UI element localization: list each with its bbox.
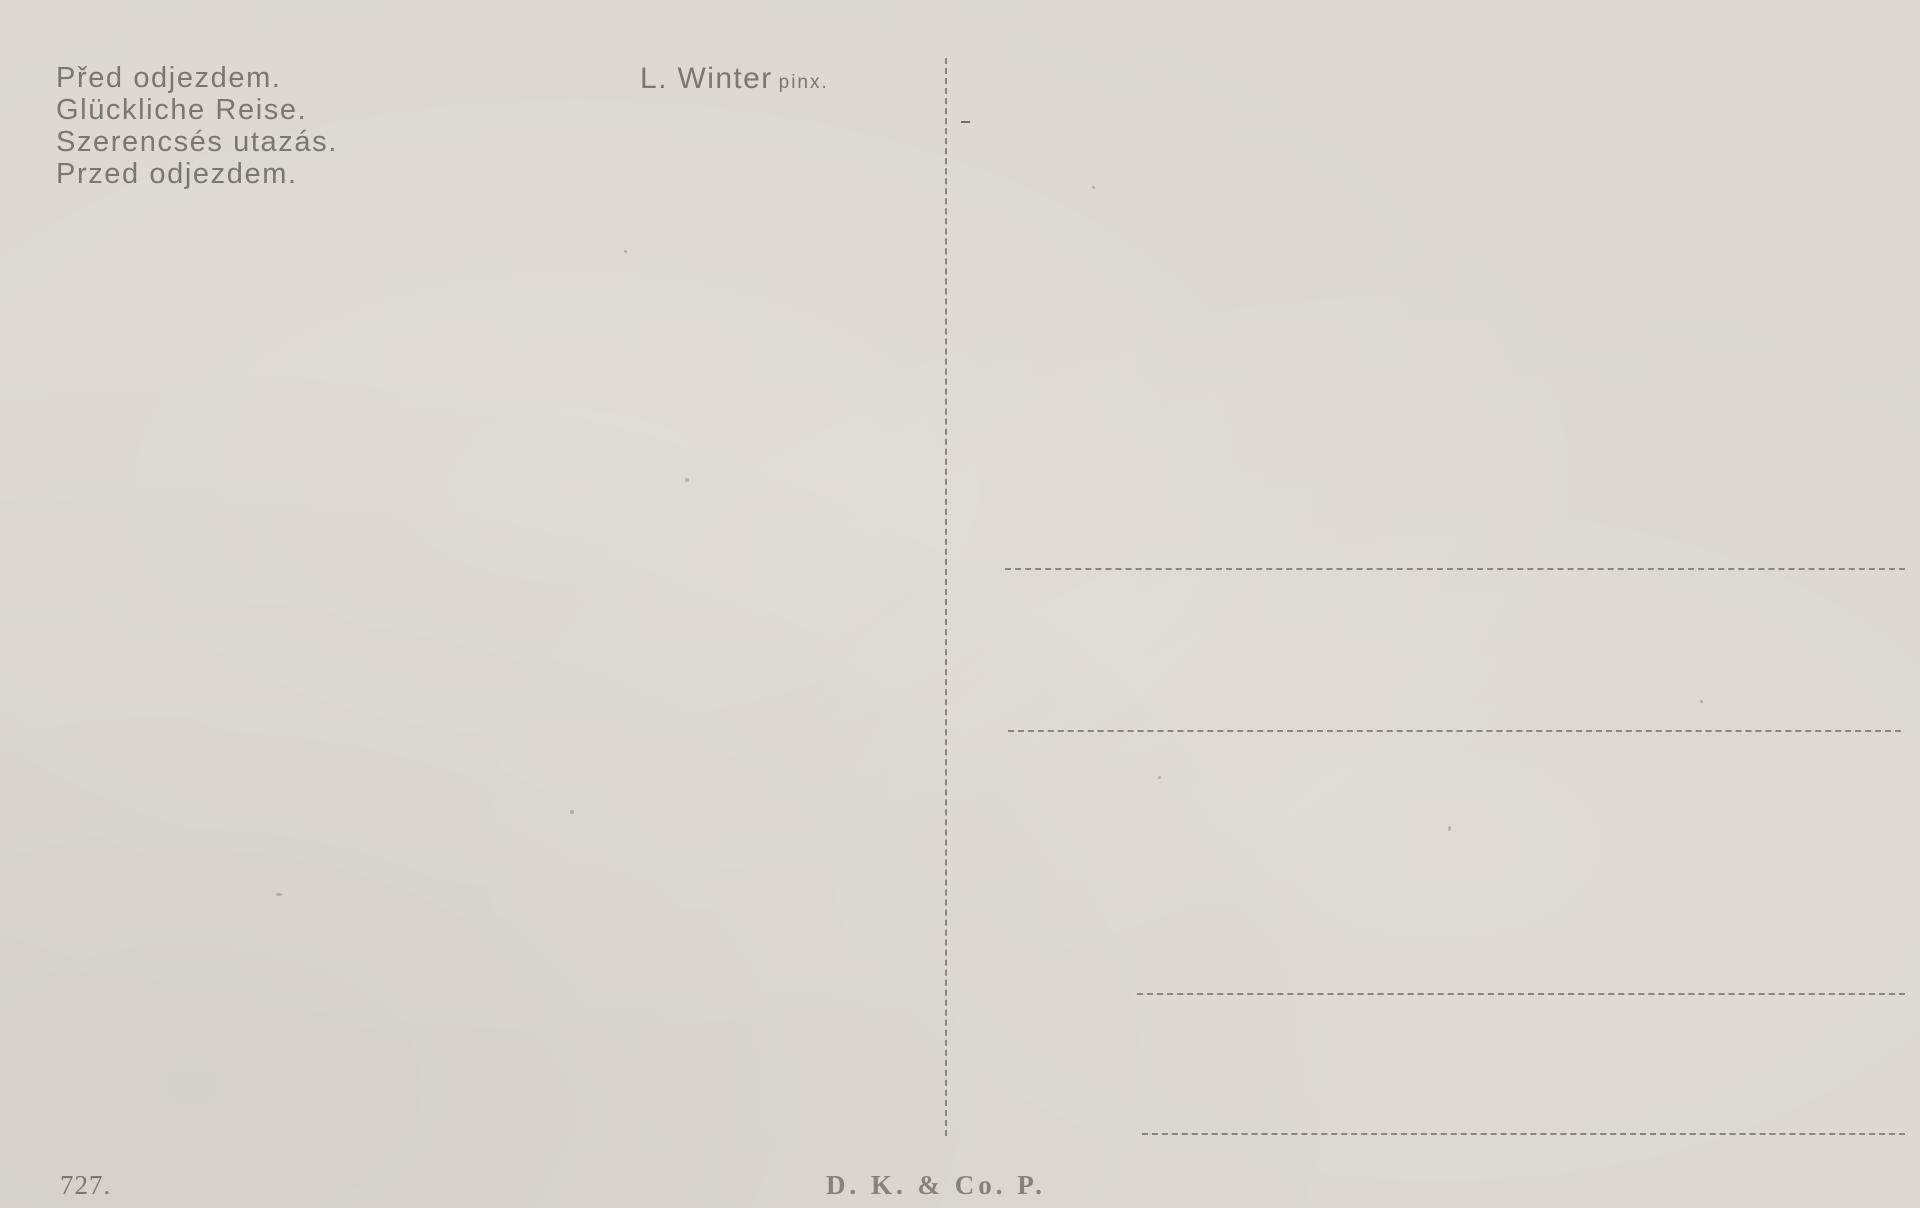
paper-speck xyxy=(1700,700,1703,703)
artist-pinx: pinx. xyxy=(779,72,829,93)
address-line-4 xyxy=(1142,1133,1905,1135)
paper-speck xyxy=(685,478,689,482)
paper-speck xyxy=(570,810,574,814)
artist-credit: L. Winterpinx. xyxy=(640,62,829,100)
paper-speck xyxy=(1158,776,1161,779)
caption-hungarian: Szerencsés utazás. xyxy=(56,126,338,158)
paper-speck xyxy=(1092,186,1095,189)
ink-mark xyxy=(961,121,970,123)
serial-number: 727. xyxy=(60,1170,111,1201)
caption-german: Glückliche Reise. xyxy=(56,94,338,126)
artist-name: L. Winter xyxy=(640,62,773,95)
address-line-1 xyxy=(1005,568,1905,570)
paper-speck xyxy=(1448,826,1451,831)
publisher-imprint: D. K. & Co. P. xyxy=(826,1170,1046,1201)
paper-speck xyxy=(624,250,627,253)
message-address-divider xyxy=(945,58,947,1136)
caption-block: Před odjezdem. Glückliche Reise. Szerenc… xyxy=(56,62,338,190)
paper-speck xyxy=(276,893,282,896)
caption-czech: Před odjezdem. xyxy=(56,62,338,94)
address-line-2 xyxy=(1008,730,1901,732)
postcard-back: Před odjezdem. Glückliche Reise. Szerenc… xyxy=(0,0,1920,1208)
address-line-3 xyxy=(1137,993,1905,995)
caption-polish: Przed odjezdem. xyxy=(56,158,338,190)
